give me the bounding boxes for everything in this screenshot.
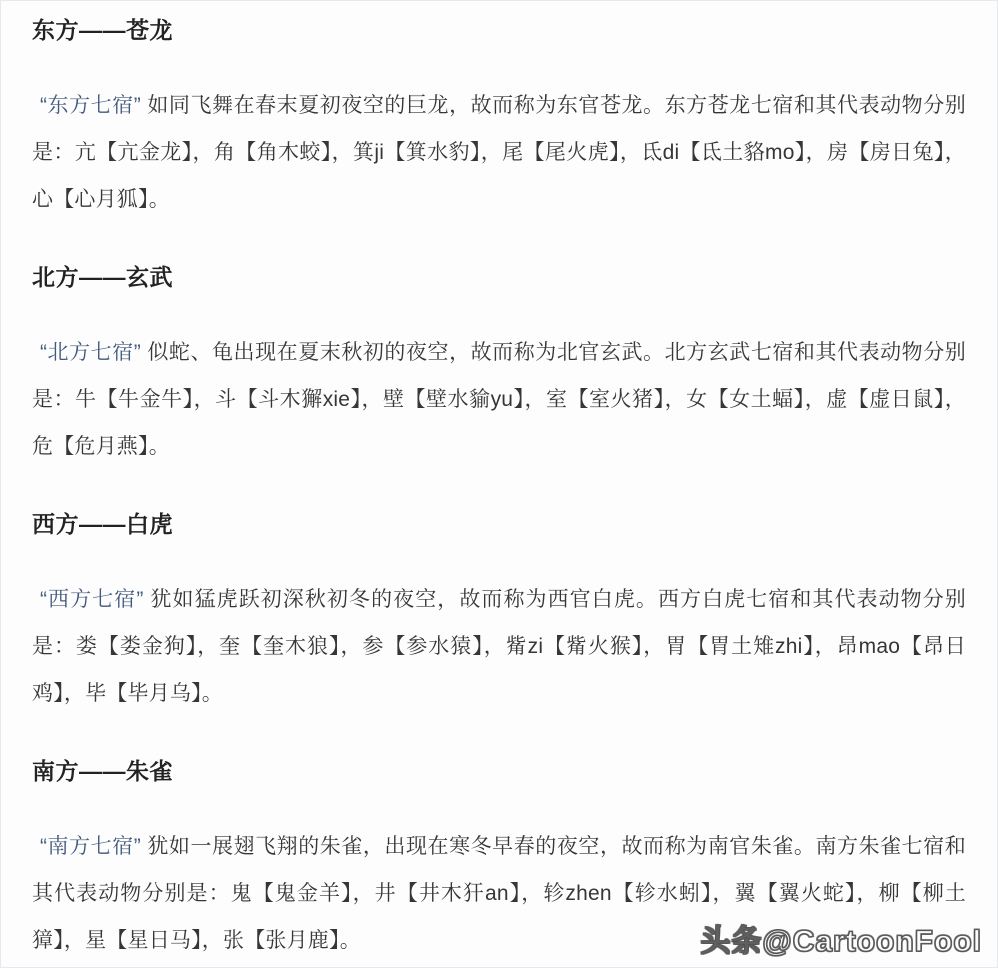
- section-paragraph-north: “北方七宿” 似蛇、龟出现在夏末秋初的夜空，故而称为北官玄武。北方玄武七宿和其代…: [32, 329, 966, 470]
- paragraph-text-east: 如同飞舞在春末夏初夜空的巨龙，故而称为东官苍龙。东方苍龙七宿和其代表动物分别是：…: [32, 94, 966, 211]
- section-heading-north: 北方——玄武: [32, 261, 966, 293]
- paragraph-text-north: 似蛇、龟出现在夏末秋初的夜空，故而称为北官玄武。北方玄武七宿和其代表动物分别是：…: [32, 341, 966, 458]
- paragraph-text-west: 犹如猛虎跃初深秋初冬的夜空，故而称为西官白虎。西方白虎七宿和其代表动物分别是：娄…: [32, 588, 966, 705]
- section-heading-east: 东方——苍龙: [32, 14, 966, 46]
- section-paragraph-east: “东方七宿” 如同飞舞在春末夏初夜空的巨龙，故而称为东官苍龙。东方苍龙七宿和其代…: [32, 82, 966, 223]
- article-page: 东方——苍龙 “东方七宿” 如同飞舞在春末夏初夜空的巨龙，故而称为东官苍龙。东方…: [0, 0, 998, 968]
- quoted-term-east: “东方七宿”: [40, 94, 141, 117]
- section-heading-south: 南方——朱雀: [32, 755, 966, 787]
- quoted-term-north: “北方七宿”: [40, 341, 141, 364]
- quoted-term-south: “南方七宿”: [40, 835, 141, 858]
- toutiao-watermark: 头条@CartoonFool: [700, 916, 982, 960]
- section-heading-west: 西方——白虎: [32, 508, 966, 540]
- section-paragraph-west: “西方七宿” 犹如猛虎跃初深秋初冬的夜空，故而称为西官白虎。西方白虎七宿和其代表…: [32, 576, 966, 717]
- quoted-term-west: “西方七宿”: [40, 588, 144, 611]
